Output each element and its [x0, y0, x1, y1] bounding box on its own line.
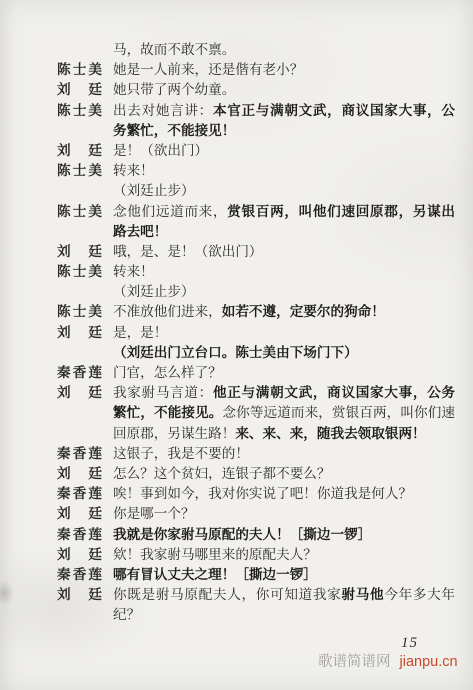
speaker-label: 陈士美: [57, 161, 102, 181]
plain-text: 你是哪一个？: [113, 506, 195, 521]
speaker-label: [57, 343, 102, 363]
dialogue-continuation: 马，故而不敢不禀。: [113, 40, 455, 60]
script-line: 刘廷你是哪一个？: [57, 504, 457, 524]
speaker-label: 秦香莲: [57, 565, 102, 585]
plain-text: 她是一人前来，还是偕有老小？: [113, 62, 303, 77]
script-line: 秦香莲我就是你家驸马原配的夫人！［撕边一锣］: [57, 525, 457, 545]
speaker-label: 陈士美: [57, 60, 102, 80]
dialogue-text: 转来！: [113, 161, 455, 181]
plain-text: 这银子，我是不要的！: [113, 446, 249, 461]
watermark-site-name: 歌谱简谱网: [318, 654, 391, 670]
script-line: 刘廷我家驸马言道：他正与满朝文武，商议国家大事，公务: [57, 383, 457, 403]
dialogue-text: 出去对她言讲：本官正与满朝文武，商议国家大事，公: [113, 101, 455, 121]
dialogue-continuation: 纪？: [113, 605, 455, 625]
dialogue-continuation: 务繁忙，不能接见！: [113, 121, 455, 141]
dialogue-text: 门官，怎么样了？: [113, 363, 455, 383]
dialogue-continuation: 路去吧！: [113, 222, 455, 242]
dialogue-text: 你既是驸马原配夫人，你可知道我家驸马他今年多大年: [113, 585, 455, 605]
speaker-label: 刘廷: [57, 141, 102, 161]
dialogue-text: 我就是你家驸马原配的夫人！［撕边一锣］: [113, 525, 455, 545]
emphasized-text: 赏银百两，叫他们速回原郡，另谋出: [227, 204, 455, 219]
dialogue-text: 你是哪一个？: [113, 504, 455, 524]
speaker-label: [57, 424, 102, 444]
script-line: 陈士美转来！: [57, 262, 457, 282]
plain-text: 她只带了两个幼童。: [113, 82, 235, 97]
speaker-label: [57, 121, 102, 141]
script-line: 陈士美念他们远道而来，赏银百两，叫他们速回原郡，另谋出: [57, 202, 457, 222]
plain-text: 出去对她言讲：: [113, 103, 213, 118]
plain-text: 是！（欲出门）: [113, 143, 208, 158]
speaker-label: 秦香莲: [57, 363, 102, 383]
script-line: 务繁忙，不能接见！: [57, 121, 457, 141]
plain-text: 不准放他们进来，: [113, 304, 222, 319]
script-line: 刘廷哦，是、是！（欲出门）: [57, 242, 457, 262]
script-line: 陈士美她是一人前来，还是偕有老小？: [57, 60, 457, 80]
plain-text: 念你等远道而来，赏银百两，叫你们速: [222, 405, 455, 420]
plain-text: 念他们远道而来，: [113, 204, 227, 219]
dialogue-text: 是！（欲出门）: [113, 141, 455, 161]
plain-text: 怎么？这个贫妇，连银子都不要么？: [113, 466, 331, 481]
plain-text: 哦，是、是！（欲出门）: [113, 244, 263, 259]
speaker-label: 刘廷: [57, 464, 102, 484]
script-line: 繁忙，不能接见。念你等远道而来，赏银百两，叫你们速: [57, 403, 457, 423]
dialogue-text: 我家驸马言道：他正与满朝文武，商议国家大事，公务: [113, 383, 455, 403]
script-line: （刘廷止步）: [57, 282, 457, 302]
scanned-script-page: 马，故而不敢不禀。陈士美她是一人前来，还是偕有老小？刘廷她只带了两个幼童。陈士美…: [0, 0, 473, 690]
plain-text: 唉！事到如今，我对你实说了吧！你道我是何人？: [113, 486, 412, 501]
plain-text: 欸！我家驸马哪里来的原配夫人？: [113, 547, 317, 562]
emphasized-text: 本官正与满朝文武，商议国家大事，公: [213, 103, 455, 118]
speaker-label: 刘廷: [57, 585, 102, 605]
script-line: 回原郡，另谋生路！来、来、来，随我去领取银两！: [57, 424, 457, 444]
script-line: 纪？: [57, 605, 457, 625]
plain-text: 今年多大年: [384, 587, 455, 602]
speaker-label: 刘廷: [57, 504, 102, 524]
speaker-label: 刘廷: [57, 545, 102, 565]
script-line: 陈士美转来！: [57, 161, 457, 181]
plain-text: （刘廷止步）: [113, 183, 195, 198]
dialogue-text: 她只带了两个幼童。: [113, 80, 455, 100]
script-line: （刘廷出门立台口。陈士美由下场门下）: [57, 343, 457, 363]
dialogue-text: 哪有冒认丈夫之理！［撕边一锣］: [113, 565, 455, 585]
script-line: 刘廷欸！我家驸马哪里来的原配夫人？: [57, 545, 457, 565]
script-line: 秦香莲门官，怎么样了？: [57, 363, 457, 383]
script-line: 刘廷是！（欲出门）: [57, 141, 457, 161]
dialogue-continuation: 繁忙，不能接见。念你等远道而来，赏银百两，叫你们速: [113, 403, 455, 423]
emphasized-text: 繁忙，不能接见。: [113, 405, 222, 420]
dialogue-text: 转来！: [113, 262, 455, 282]
watermark-site-url: jianpu.cn: [400, 654, 458, 670]
stage-direction: （刘廷止步）: [113, 181, 455, 201]
dialogue-text: 是，是！: [113, 323, 455, 343]
script-line: 陈士美不准放他们进来，如若不遵，定要尔的狗命！: [57, 302, 457, 322]
speaker-label: 陈士美: [57, 202, 102, 222]
speaker-label: 刘廷: [57, 323, 102, 343]
speaker-label: [57, 605, 102, 625]
dialogue-text: 这银子，我是不要的！: [113, 444, 455, 464]
script-line: 路去吧！: [57, 222, 457, 242]
scan-smudge: [0, 580, 14, 606]
dialogue-continuation: 回原郡，另谋生路！来、来、来，随我去领取银两！: [113, 424, 455, 444]
speaker-label: [57, 181, 102, 201]
speaker-label: [57, 222, 102, 242]
plain-text: 是，是！: [113, 325, 167, 340]
dialogue-text: 她是一人前来，还是偕有老小？: [113, 60, 455, 80]
emphasized-text: 驸马他: [341, 587, 384, 602]
watermark: 歌谱简谱网 jianpu.cn: [318, 650, 458, 671]
plain-text: 转来！: [113, 264, 154, 279]
plain-text: 回原郡，另谋生路！: [113, 426, 235, 441]
script-line: 秦香莲哪有冒认丈夫之理！［撕边一锣］: [57, 565, 457, 585]
emphasized-text: 哪有冒认丈夫之理！［撕边一锣］: [113, 567, 317, 582]
speaker-label: 秦香莲: [57, 484, 102, 504]
emphasized-text: 务繁忙，不能接见！: [113, 123, 235, 138]
dialogue-text: 唉！事到如今，我对你实说了吧！你道我是何人？: [113, 484, 455, 504]
plain-text: （刘廷止步）: [113, 284, 195, 299]
dialogue-text: 念他们远道而来，赏银百两，叫他们速回原郡，另谋出: [113, 202, 455, 222]
script-line: 刘廷你既是驸马原配夫人，你可知道我家驸马他今年多大年: [57, 585, 457, 605]
plain-text: 门官，怎么样了？: [113, 365, 222, 380]
script-line: 刘廷怎么？这个贫妇，连银子都不要么？: [57, 464, 457, 484]
speaker-label: 陈士美: [57, 262, 102, 282]
script-line: 秦香莲唉！事到如今，我对你实说了吧！你道我是何人？: [57, 484, 457, 504]
speaker-label: 秦香莲: [57, 444, 102, 464]
script-line: 陈士美出去对她言讲：本官正与满朝文武，商议国家大事，公: [57, 101, 457, 121]
plain-text: 马，故而不敢不禀。: [113, 42, 235, 57]
plain-text: 纪？: [113, 607, 140, 622]
speaker-label: 刘廷: [57, 383, 102, 403]
emphasized-text: 如若不遵，定要尔的狗命！: [222, 304, 385, 319]
stage-direction: （刘廷止步）: [113, 282, 455, 302]
emphasized-text: 他正与满朝文武，商议国家大事，公务: [213, 385, 455, 400]
plain-text: 你既是驸马原配夫人，你可知道我家: [113, 587, 341, 602]
script-line: （刘廷止步）: [57, 181, 457, 201]
emphasized-text: 来、来、来，随我去领取银两！: [235, 426, 425, 441]
script-line: 刘廷她只带了两个幼童。: [57, 80, 457, 100]
emphasized-text: 我就是你家驸马原配的夫人！［撕边一锣］: [113, 527, 371, 542]
dialogue-text: 欸！我家驸马哪里来的原配夫人？: [113, 545, 455, 565]
speaker-label: [57, 282, 102, 302]
speaker-label: 刘廷: [57, 80, 102, 100]
dialogue-text: 怎么？这个贫妇，连银子都不要么？: [113, 464, 455, 484]
dialogue-text: 哦，是、是！（欲出门）: [113, 242, 455, 262]
speaker-label: 陈士美: [57, 101, 102, 121]
script-line: 马，故而不敢不禀。: [57, 40, 457, 60]
speaker-label: 秦香莲: [57, 525, 102, 545]
speaker-label: [57, 403, 102, 423]
dialogue-text: 不准放他们进来，如若不遵，定要尔的狗命！: [113, 302, 455, 322]
speaker-label: 刘廷: [57, 242, 102, 262]
speaker-label: 陈士美: [57, 302, 102, 322]
script-line: 刘廷是，是！: [57, 323, 457, 343]
stage-direction: （刘廷出门立台口。陈士美由下场门下）: [113, 343, 455, 363]
script-text-block: 马，故而不敢不禀。陈士美她是一人前来，还是偕有老小？刘廷她只带了两个幼童。陈士美…: [57, 40, 457, 625]
emphasized-text: （刘廷出门立台口。陈士美由下场门下）: [113, 345, 358, 360]
script-line: 秦香莲这银子，我是不要的！: [57, 444, 457, 464]
speaker-label: [57, 40, 102, 60]
plain-text: 转来！: [113, 163, 154, 178]
emphasized-text: 路去吧！: [113, 224, 167, 239]
plain-text: 我家驸马言道：: [113, 385, 213, 400]
